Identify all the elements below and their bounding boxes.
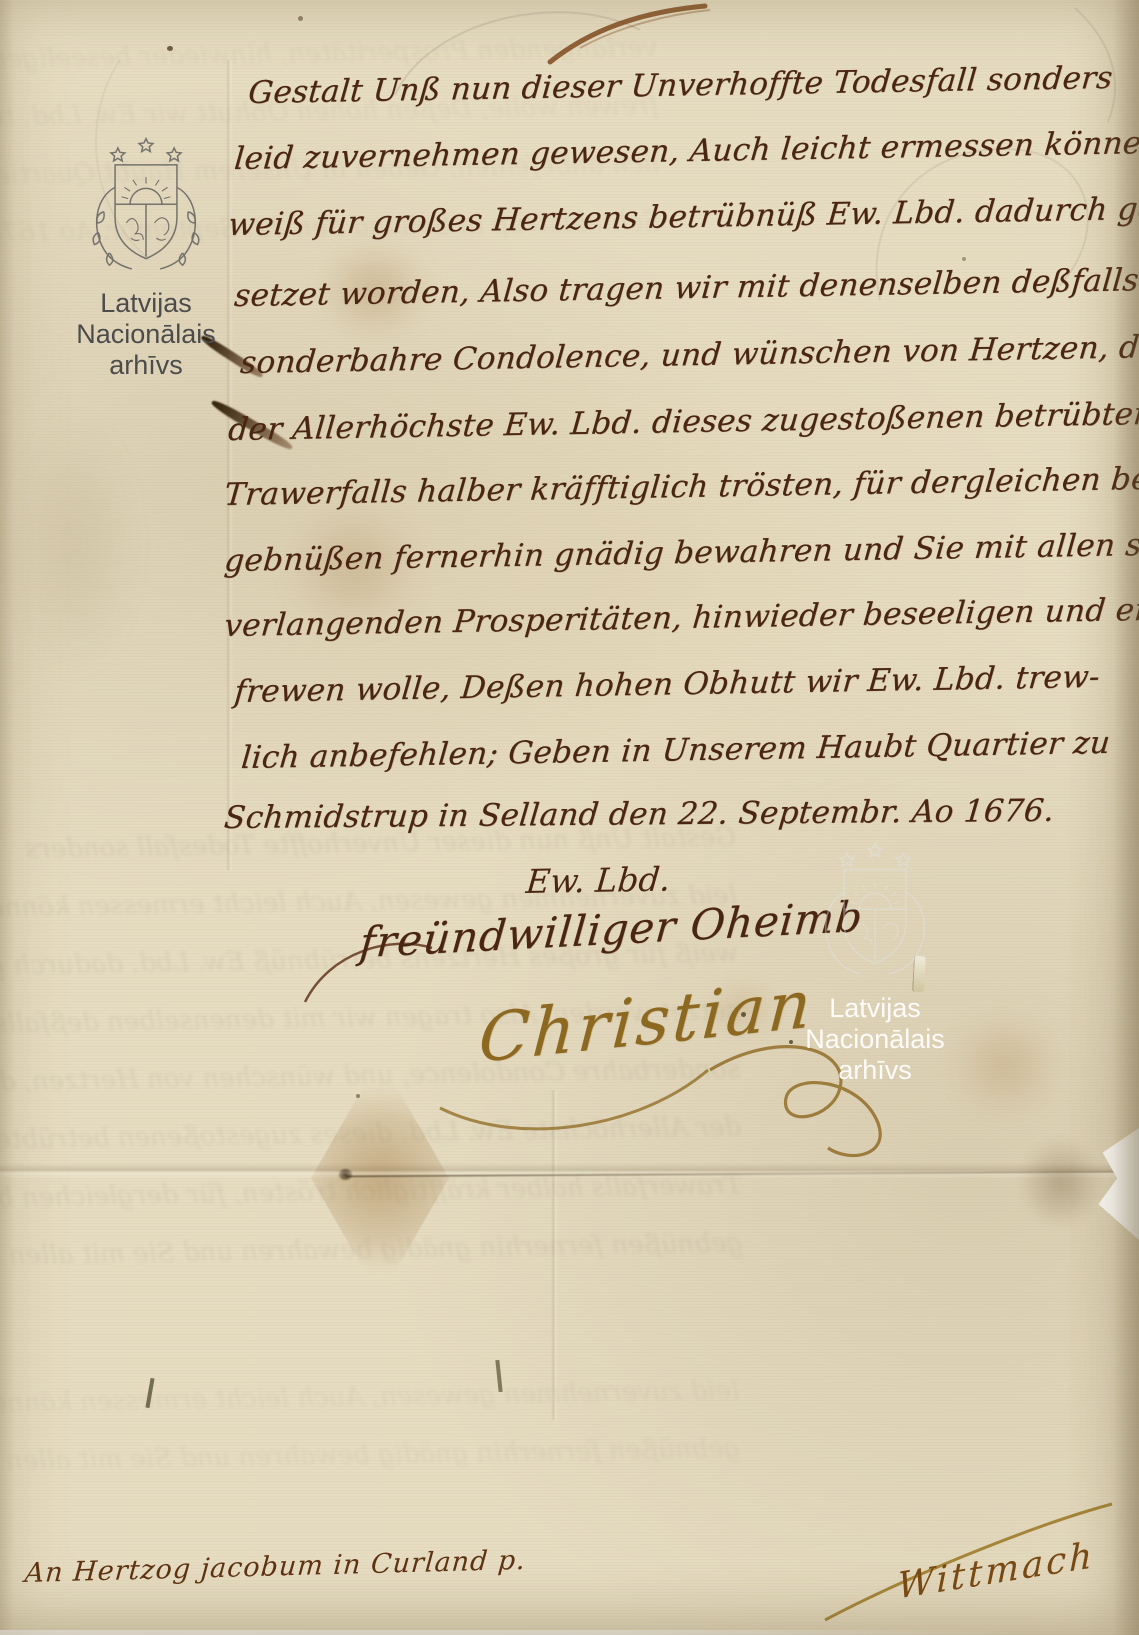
letter-dateline: Schmidstrup in Selland den 22. Septembr.… [223, 793, 1056, 836]
scanned-letter-page: Gestalt Unß nun dieser Unverhoffte Todes… [0, 0, 1139, 1635]
letter-closing: Ew. Lbd. [525, 859, 672, 901]
